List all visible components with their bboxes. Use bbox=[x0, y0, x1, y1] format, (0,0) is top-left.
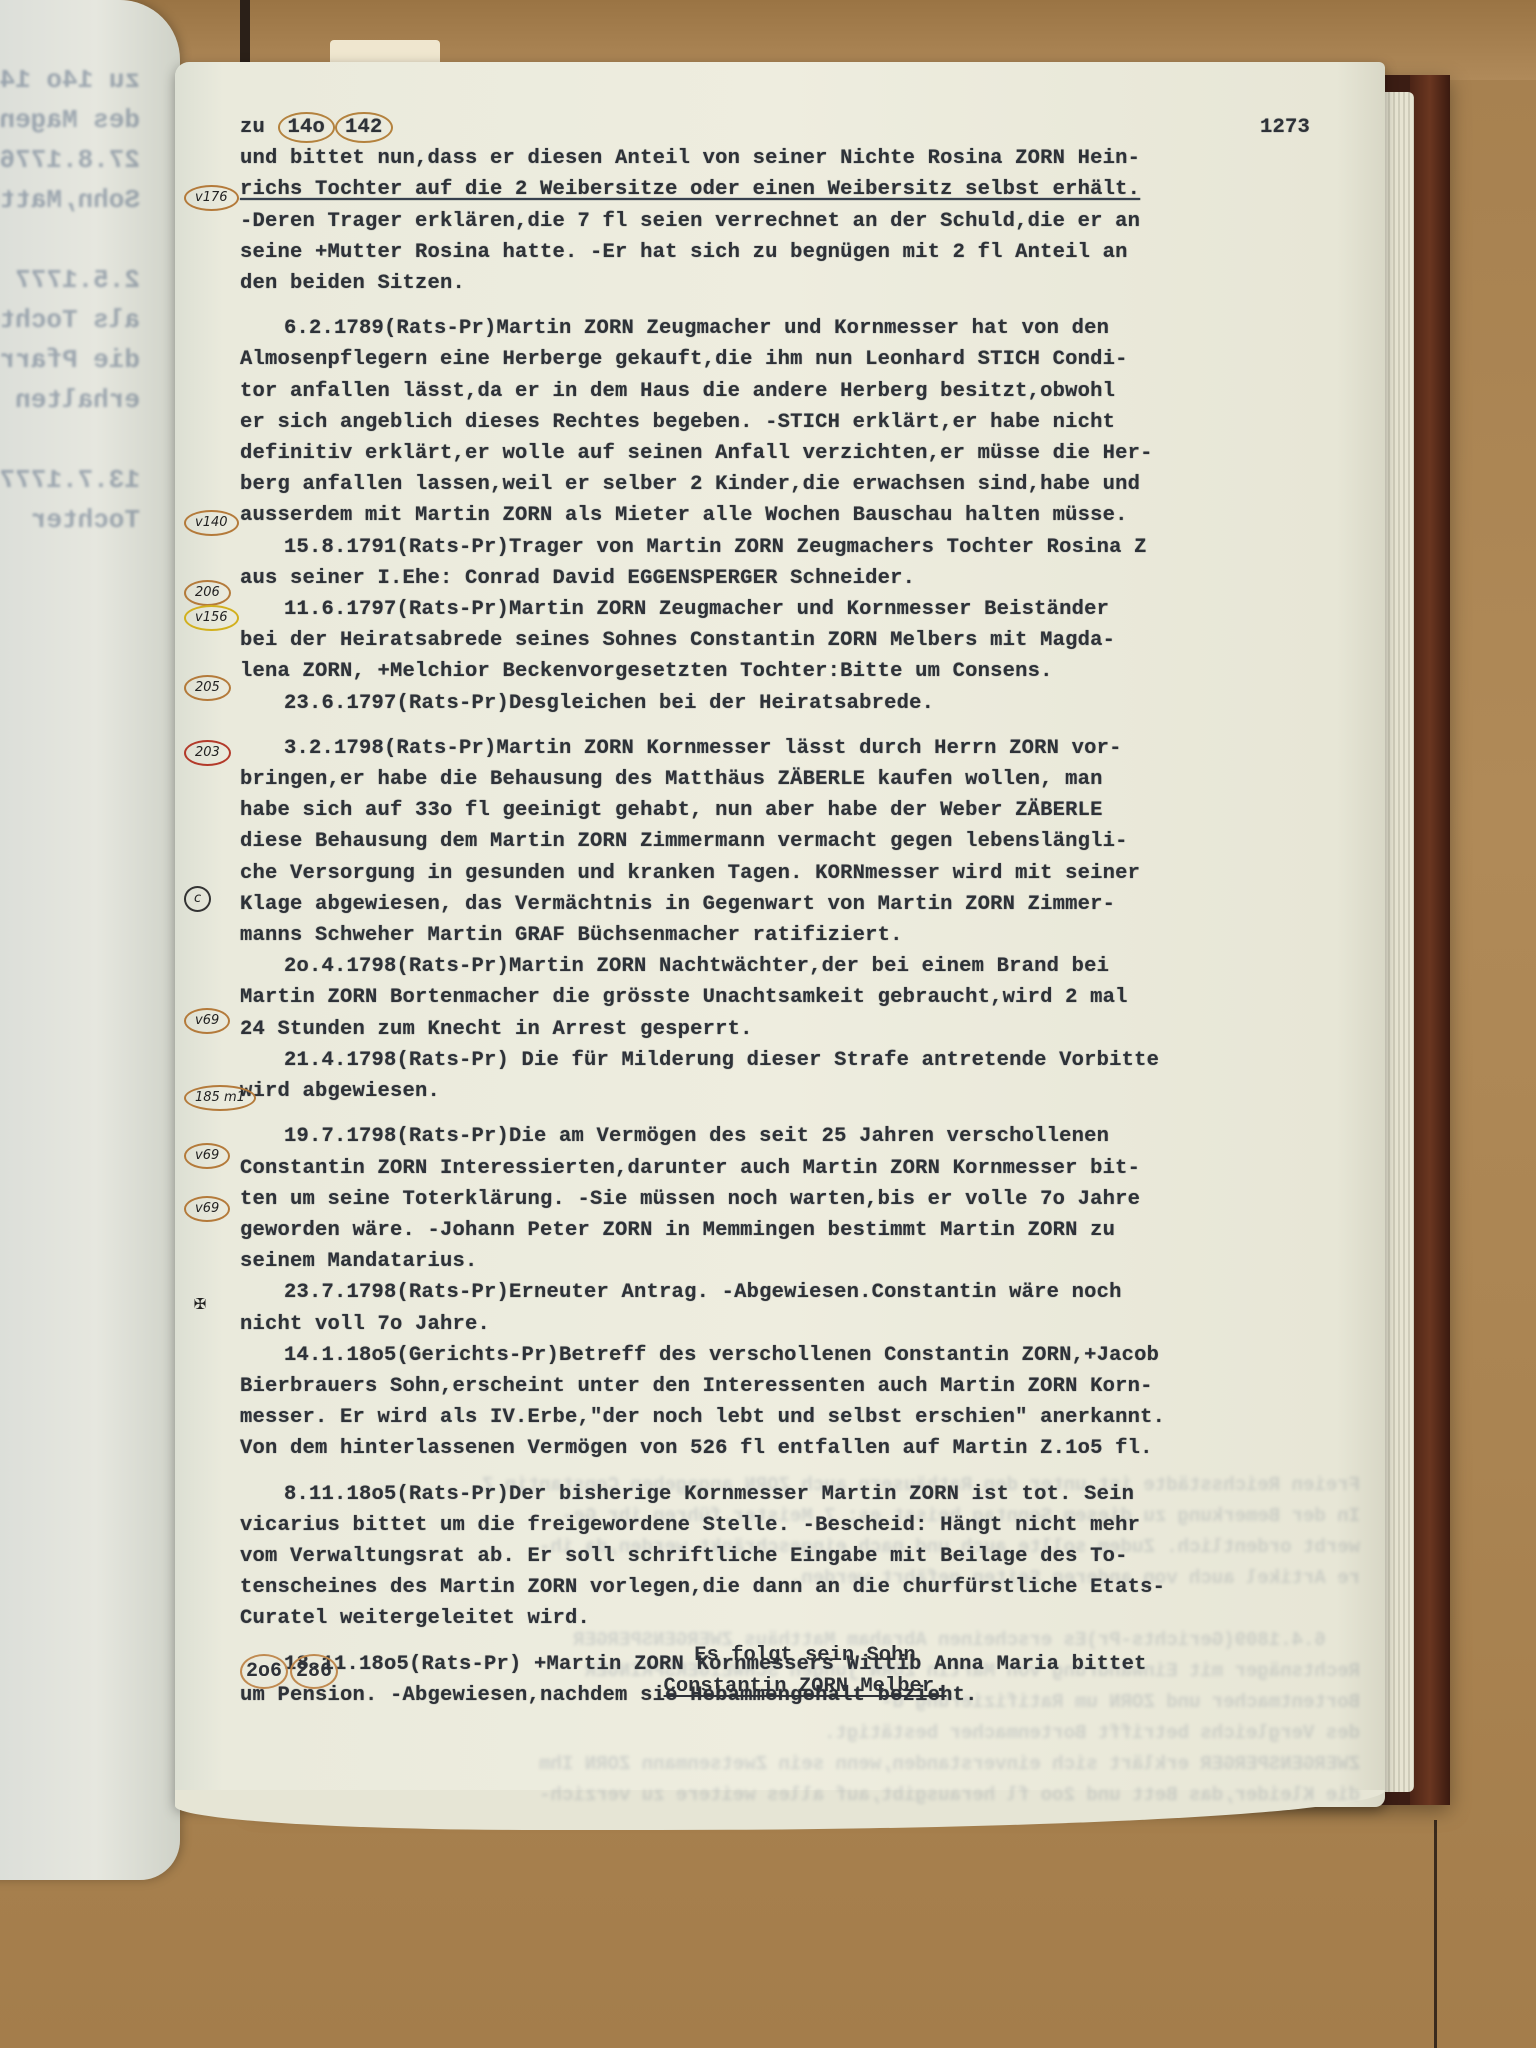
text-line: und bittet nun,dass er diesen Anteil von… bbox=[240, 143, 1370, 174]
typed-text-body: zu 14o142 1273 und bittet nun,dass er di… bbox=[240, 112, 1370, 1711]
margin-note: v176 bbox=[184, 185, 239, 211]
text-line: geworden wäre. -Johann Peter ZORN in Mem… bbox=[240, 1215, 1370, 1246]
line-text: Martin ZORN Bortenmacher die grösste Una… bbox=[240, 986, 1128, 1009]
footer-continuation: Es folgt sein Sohn Constantin ZORN Melbe… bbox=[240, 1640, 1370, 1702]
line-text: bei der Heiratsabrede seines Sohnes Cons… bbox=[240, 629, 1115, 652]
line-text: messer. Er wird als IV.Erbe,"der noch le… bbox=[240, 1406, 1165, 1429]
left-page-text: zu 14o 142 des Magens 27.8.1776 Sohn,Mat… bbox=[0, 60, 140, 540]
margin-note: v69 bbox=[184, 1008, 230, 1034]
line-text: 8.11.18o5(Rats-Pr)Der bisherige Kornmess… bbox=[284, 1483, 1134, 1506]
text-line: diese Behausung dem Martin ZORN Zimmerma… bbox=[240, 826, 1370, 857]
margin-note: 205 bbox=[184, 675, 231, 701]
text-line: seinem Mandatarius. bbox=[240, 1246, 1370, 1277]
line-text: Bierbrauers Sohn,erscheint unter den Int… bbox=[240, 1375, 1153, 1398]
margin-note: c bbox=[184, 886, 211, 912]
entry-1798-07-19: 19.7.1798(Rats-Pr)Die am Vermögen des se… bbox=[240, 1121, 1370, 1152]
text-line: che Versorgung in gesunden und kranken T… bbox=[240, 858, 1370, 889]
text-line: Martin ZORN Bortenmacher die grösste Una… bbox=[240, 982, 1370, 1013]
line-text: berg anfallen lassen,weil er selber 2 Ki… bbox=[240, 473, 1140, 496]
entry-1791: 15.8.1791(Rats-Pr)Trager von Martin ZORN… bbox=[240, 532, 1370, 563]
footer-line-1: Es folgt sein Sohn bbox=[240, 1640, 1370, 1671]
line-text: Von dem hinterlassenen Vermögen von 526 … bbox=[240, 1437, 1153, 1460]
line-text: tor anfallen lässt,da er in dem Haus die… bbox=[240, 380, 1115, 403]
text-line: nicht voll 7o Jahre. bbox=[240, 1309, 1370, 1340]
line-text: Almosenpflegern eine Herberge gekauft,di… bbox=[240, 348, 1128, 371]
line-text: bringen,er habe die Behausung des Matthä… bbox=[240, 768, 1103, 791]
line-text: 6.2.1789(Rats-Pr)Martin ZORN Zeugmacher … bbox=[284, 317, 1109, 340]
text-line: vom Verwaltungsrat ab. Er soll schriftli… bbox=[240, 1541, 1370, 1572]
text-line: den beiden Sitzen. bbox=[240, 268, 1370, 299]
ref-number-b: 142 bbox=[335, 112, 393, 143]
line-text: definitiv erklärt,er wolle auf seinen An… bbox=[240, 442, 1153, 465]
line-text: 23.7.1798(Rats-Pr)Erneuter Antrag. -Abge… bbox=[284, 1281, 1122, 1304]
text-line: Von dem hinterlassenen Vermögen von 526 … bbox=[240, 1433, 1370, 1464]
text-line: Constantin ZORN Interessierten,darunter … bbox=[240, 1153, 1370, 1184]
line-text: 15.8.1791(Rats-Pr)Trager von Martin ZORN… bbox=[284, 536, 1147, 559]
line-text: manns Schweher Martin GRAF Büchsenmacher… bbox=[240, 924, 903, 947]
entry-1797-06-23: 23.6.1797(Rats-Pr)Desgleichen bei der He… bbox=[240, 688, 1370, 719]
margin-note: 206 bbox=[184, 580, 231, 606]
text-line: bei der Heiratsabrede seines Sohnes Cons… bbox=[240, 625, 1370, 656]
entry-1798-07-23: 23.7.1798(Rats-Pr)Erneuter Antrag. -Abge… bbox=[240, 1277, 1370, 1308]
line-text: lena ZORN, +Melchior Beckenvorgesetzten … bbox=[240, 660, 1053, 683]
left-page: zu 14o 142 des Magens 27.8.1776 Sohn,Mat… bbox=[0, 0, 180, 1880]
text-line: Klage abgewiesen, das Vermächtnis in Geg… bbox=[240, 889, 1370, 920]
line-text: 24 Stunden zum Knecht in Arrest gesperrt… bbox=[240, 1018, 753, 1041]
text-line: ten um seine Toterklärung. -Sie müssen n… bbox=[240, 1184, 1370, 1215]
line-text: Curatel weitergeleitet wird. bbox=[240, 1607, 590, 1630]
line-text: 2o.4.1798(Rats-Pr)Martin ZORN Nachtwächt… bbox=[284, 955, 1109, 978]
text-line: er sich angeblich dieses Rechtes begeben… bbox=[240, 407, 1370, 438]
text-line: tor anfallen lässt,da er in dem Haus die… bbox=[240, 376, 1370, 407]
line-text: habe sich auf 33o fl geeinigt gehabt, nu… bbox=[240, 799, 1103, 822]
line-text: er sich angeblich dieses Rechtes begeben… bbox=[240, 411, 1115, 434]
cross-symbol-icon: ✠ bbox=[194, 1290, 206, 1316]
text-line: tenscheines des Martin ZORN vorlegen,die… bbox=[240, 1572, 1370, 1603]
page-header: zu 14o142 1273 bbox=[240, 112, 1370, 143]
text-line: vicarius bittet um die freigewordene Ste… bbox=[240, 1510, 1370, 1541]
reference-numbers: zu 14o142 bbox=[240, 112, 393, 143]
ref-number-a: 14o bbox=[278, 112, 336, 143]
line-text: seine +Mutter Rosina hatte. -Er hat sich… bbox=[240, 241, 1128, 264]
footer-line-2-text: Constantin ZORN Melber. bbox=[664, 1675, 947, 1698]
line-text: und bittet nun,dass er diesen Anteil von… bbox=[240, 147, 1140, 170]
line-text: 23.6.1797(Rats-Pr)Desgleichen bei der He… bbox=[284, 692, 934, 715]
text-line: wird abgewiesen. bbox=[240, 1076, 1370, 1107]
page-number: 1273 bbox=[1260, 112, 1370, 143]
line-text: 19.7.1798(Rats-Pr)Die am Vermögen des se… bbox=[284, 1125, 1109, 1148]
text-line: definitiv erklärt,er wolle auf seinen An… bbox=[240, 438, 1370, 469]
text-line: manns Schweher Martin GRAF Büchsenmacher… bbox=[240, 920, 1370, 951]
margin-note: 203 bbox=[184, 740, 231, 766]
footer-line-2: Constantin ZORN Melber. bbox=[240, 1671, 1370, 1702]
text-line: ausserdem mit Martin ZORN als Mieter all… bbox=[240, 500, 1370, 531]
text-line: habe sich auf 33o fl geeinigt gehabt, nu… bbox=[240, 795, 1370, 826]
line-text: ausserdem mit Martin ZORN als Mieter all… bbox=[240, 504, 1128, 527]
line-text: diese Behausung dem Martin ZORN Zimmerma… bbox=[240, 830, 1128, 853]
text-line: 24 Stunden zum Knecht in Arrest gesperrt… bbox=[240, 1014, 1370, 1045]
line-text: richs Tochter auf die 2 Weibersitze oder… bbox=[240, 178, 1140, 201]
text-line: lena ZORN, +Melchior Beckenvorgesetzten … bbox=[240, 656, 1370, 687]
line-text: 21.4.1798(Rats-Pr) Die für Milderung die… bbox=[284, 1049, 1159, 1072]
entry-1805-01-14: 14.1.18o5(Gerichts-Pr)Betreff des versch… bbox=[240, 1340, 1370, 1371]
text-line: bringen,er habe die Behausung des Matthä… bbox=[240, 764, 1370, 795]
line-text: nicht voll 7o Jahre. bbox=[240, 1313, 490, 1336]
margin-note: v69 bbox=[184, 1196, 230, 1222]
margin-note: 185 m1 bbox=[184, 1085, 256, 1111]
line-text: wird abgewiesen. bbox=[240, 1080, 440, 1103]
text-line: -Deren Trager erklären,die 7 fl seien ve… bbox=[240, 206, 1370, 237]
line-text: vom Verwaltungsrat ab. Er soll schriftli… bbox=[240, 1545, 1128, 1568]
text-line: Curatel weitergeleitet wird. bbox=[240, 1603, 1370, 1634]
bookmark-strip bbox=[240, 0, 250, 70]
entry-1798-04-20: 2o.4.1798(Rats-Pr)Martin ZORN Nachtwächt… bbox=[240, 951, 1370, 982]
margin-note: v140 bbox=[184, 510, 239, 536]
line-text: -Deren Trager erklären,die 7 fl seien ve… bbox=[240, 210, 1140, 233]
line-text: 3.2.1798(Rats-Pr)Martin ZORN Kornmesser … bbox=[284, 737, 1122, 760]
entry-1805-11-08: 8.11.18o5(Rats-Pr)Der bisherige Kornmess… bbox=[240, 1479, 1370, 1510]
line-text: vicarius bittet um die freigewordene Ste… bbox=[240, 1514, 1140, 1537]
margin-note: v69 bbox=[184, 1143, 230, 1169]
line-text: Klage abgewiesen, das Vermächtnis in Geg… bbox=[240, 893, 1115, 916]
line-text: den beiden Sitzen. bbox=[240, 272, 465, 295]
line-text: 14.1.18o5(Gerichts-Pr)Betreff des versch… bbox=[284, 1344, 1159, 1367]
entry-1789: 6.2.1789(Rats-Pr)Martin ZORN Zeugmacher … bbox=[240, 313, 1370, 344]
text-line: aus seiner I.Ehe: Conrad David EGGENSPER… bbox=[240, 563, 1370, 594]
line-text: geworden wäre. -Johann Peter ZORN in Mem… bbox=[240, 1219, 1115, 1242]
entry-1797-06-11: 11.6.1797(Rats-Pr)Martin ZORN Zeugmacher… bbox=[240, 594, 1370, 625]
line-text: aus seiner I.Ehe: Conrad David EGGENSPER… bbox=[240, 567, 915, 590]
text-line: Bierbrauers Sohn,erscheint unter den Int… bbox=[240, 1371, 1370, 1402]
line-text: seinem Mandatarius. bbox=[240, 1250, 478, 1273]
line-text: che Versorgung in gesunden und kranken T… bbox=[240, 862, 1140, 885]
text-line: richs Tochter auf die 2 Weibersitze oder… bbox=[240, 174, 1370, 205]
text-line: messer. Er wird als IV.Erbe,"der noch le… bbox=[240, 1402, 1370, 1433]
margin-note: v156 bbox=[184, 605, 239, 631]
table-seam bbox=[1434, 1820, 1437, 2048]
line-text: ten um seine Toterklärung. -Sie müssen n… bbox=[240, 1188, 1140, 1211]
text-line: Almosenpflegern eine Herberge gekauft,di… bbox=[240, 344, 1370, 375]
line-text: Constantin ZORN Interessierten,darunter … bbox=[240, 1157, 1140, 1180]
entry-1798-04-21: 21.4.1798(Rats-Pr) Die für Milderung die… bbox=[240, 1045, 1370, 1076]
entry-1798-02-03: 3.2.1798(Rats-Pr)Martin ZORN Kornmesser … bbox=[240, 733, 1370, 764]
ref-prefix: zu bbox=[240, 116, 265, 139]
text-line: berg anfallen lassen,weil er selber 2 Ki… bbox=[240, 469, 1370, 500]
text-line: seine +Mutter Rosina hatte. -Er hat sich… bbox=[240, 237, 1370, 268]
line-text: 11.6.1797(Rats-Pr)Martin ZORN Zeugmacher… bbox=[284, 598, 1109, 621]
line-text: tenscheines des Martin ZORN vorlegen,die… bbox=[240, 1576, 1165, 1599]
